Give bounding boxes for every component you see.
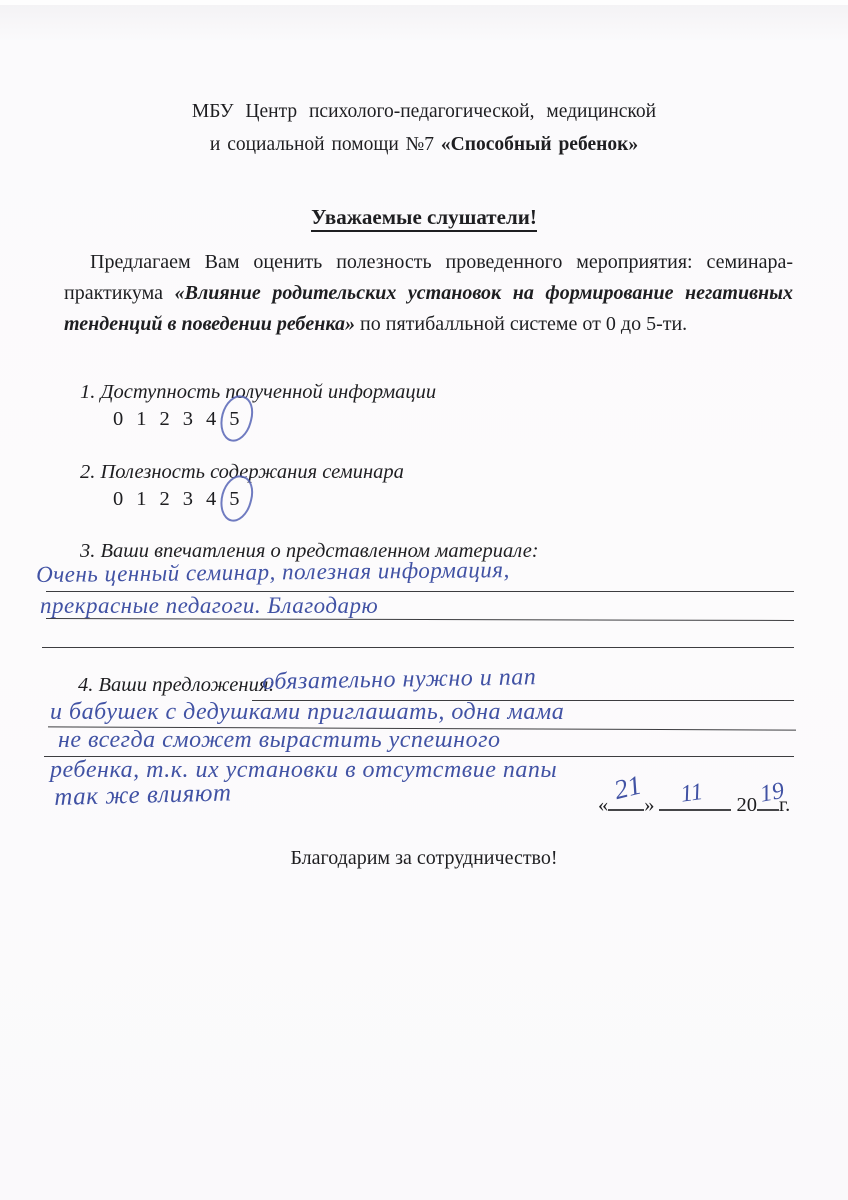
- handwritten-answer-line: обязательно нужно и пап: [262, 664, 536, 696]
- org-name-line2-normal: и социальной помощи №7: [210, 134, 441, 155]
- form-title-row: Уважаемые слушатели!: [0, 205, 848, 230]
- handwritten-year: 19: [758, 778, 786, 809]
- scale-2-digit-5: 5: [229, 488, 239, 510]
- handwritten-answer-line: так же влияют: [54, 779, 232, 812]
- form-title: Уважаемые слушатели!: [311, 205, 537, 232]
- scale-1-digit-5-selected: 5: [229, 408, 239, 431]
- question-4-text: Ваши предложения:: [99, 674, 276, 696]
- question-3-number: 3.: [80, 540, 95, 562]
- date-year-blank: 19: [757, 790, 779, 811]
- scale-2-digit-5-selected: 5: [229, 488, 239, 511]
- handwritten-day: 21: [611, 769, 645, 806]
- handwritten-answer-line: не всегда сможет вырастить успешного: [58, 727, 500, 754]
- date-line: «21»112019г.: [598, 790, 790, 817]
- question-1-number: 1.: [80, 381, 95, 403]
- question-2-text: Полезность содержания семинара: [101, 461, 404, 483]
- scale-2-digit-2: 2: [160, 488, 170, 511]
- scale-1-digit-4: 4: [206, 408, 216, 431]
- question-1-text: Доступность полученной информации: [101, 381, 437, 403]
- question-1-label: 1. Доступность полученной информации: [80, 381, 436, 404]
- rating-scale-1: 012345: [113, 408, 253, 431]
- scale-2-digit-4: 4: [206, 488, 216, 511]
- scale-2-digit-0: 0: [113, 488, 123, 511]
- scale-1-digit-2: 2: [160, 408, 170, 431]
- question-2-number: 2.: [80, 461, 95, 483]
- question-2-label: 2. Полезность содержания семинара: [80, 461, 404, 484]
- handwritten-month: 11: [679, 779, 705, 809]
- close-quote: »: [644, 794, 654, 816]
- scale-1-digit-1: 1: [136, 408, 146, 431]
- scale-2-digit-1: 1: [136, 488, 146, 511]
- closing-note: Благодарим за сотрудничество!: [0, 847, 848, 870]
- scale-1-digit-3: 3: [183, 408, 193, 431]
- scale-2-digit-3: 3: [183, 488, 193, 511]
- answer-line: [42, 647, 794, 648]
- rating-scale-2: 012345: [113, 488, 253, 511]
- question-4-label: 4. Ваши предложения:: [78, 674, 275, 697]
- org-name-line2: и социальной помощи №7 «Способный ребено…: [0, 128, 848, 161]
- org-name-line2-bold: «Способный ребенок»: [441, 134, 638, 155]
- scale-1-digit-0: 0: [113, 408, 123, 431]
- date-year-printed: 20: [737, 794, 758, 816]
- intro-paragraph: Предлагаем Вам оценить полезность провед…: [64, 247, 793, 340]
- answer-line: [46, 591, 794, 592]
- handwritten-answer-line: и бабушек с дедушками приглашать, одна м…: [50, 699, 564, 726]
- org-name-line1: МБУ Центр психолого-педагогической, меди…: [0, 95, 848, 128]
- intro-tail: по пятибалльной системе от 0 до 5-ти.: [355, 313, 687, 335]
- date-day-blank: 21: [608, 790, 644, 811]
- question-4-number: 4.: [78, 674, 93, 696]
- date-month-blank: 11: [659, 790, 731, 811]
- open-quote: «: [598, 794, 608, 816]
- handwritten-answer-line: ребенка, т.к. их установки в отсутствие …: [50, 757, 557, 784]
- org-header: МБУ Центр психолого-педагогической, меди…: [0, 95, 848, 161]
- handwritten-answer-line: прекрасные педагоги. Благодарю: [40, 593, 378, 619]
- scanned-feedback-form: МБУ Центр психолого-педагогической, меди…: [0, 0, 848, 1200]
- scale-1-digit-5: 5: [229, 408, 239, 430]
- handwritten-answer-line: Очень ценный семинар, полезная информаци…: [36, 557, 510, 588]
